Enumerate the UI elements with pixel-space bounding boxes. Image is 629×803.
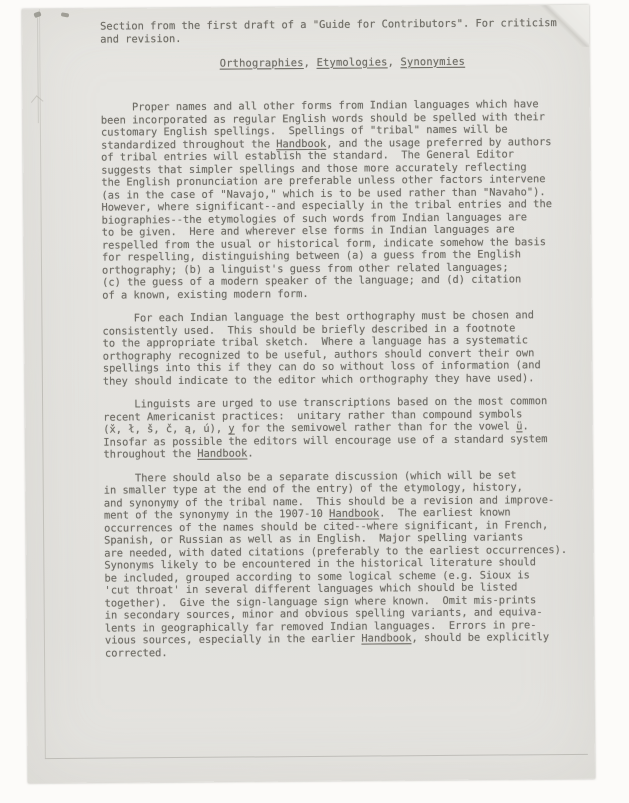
page-edge-horizontal-line xyxy=(45,754,588,759)
pencil-mark xyxy=(31,95,44,108)
paragraph: Proper names and all other forms from In… xyxy=(101,98,587,302)
document-body: Proper names and all other forms from In… xyxy=(101,98,589,660)
document-title: Orthographies, Etymologies, Synonymies xyxy=(100,54,584,70)
staple-mark-right xyxy=(61,12,70,17)
document-page: Section from the first draft of a "Guide… xyxy=(22,5,595,783)
page-edge-vertical-line xyxy=(39,9,46,758)
paragraph: Linguists are urged to use transcription… xyxy=(103,395,587,461)
document-content: Section from the first draft of a "Guide… xyxy=(100,17,589,671)
paragraph: For each Indian language the best orthog… xyxy=(102,309,587,388)
paragraph: There should also be a separate discussi… xyxy=(104,468,589,659)
document-note: Section from the first draft of a "Guide… xyxy=(100,17,584,46)
